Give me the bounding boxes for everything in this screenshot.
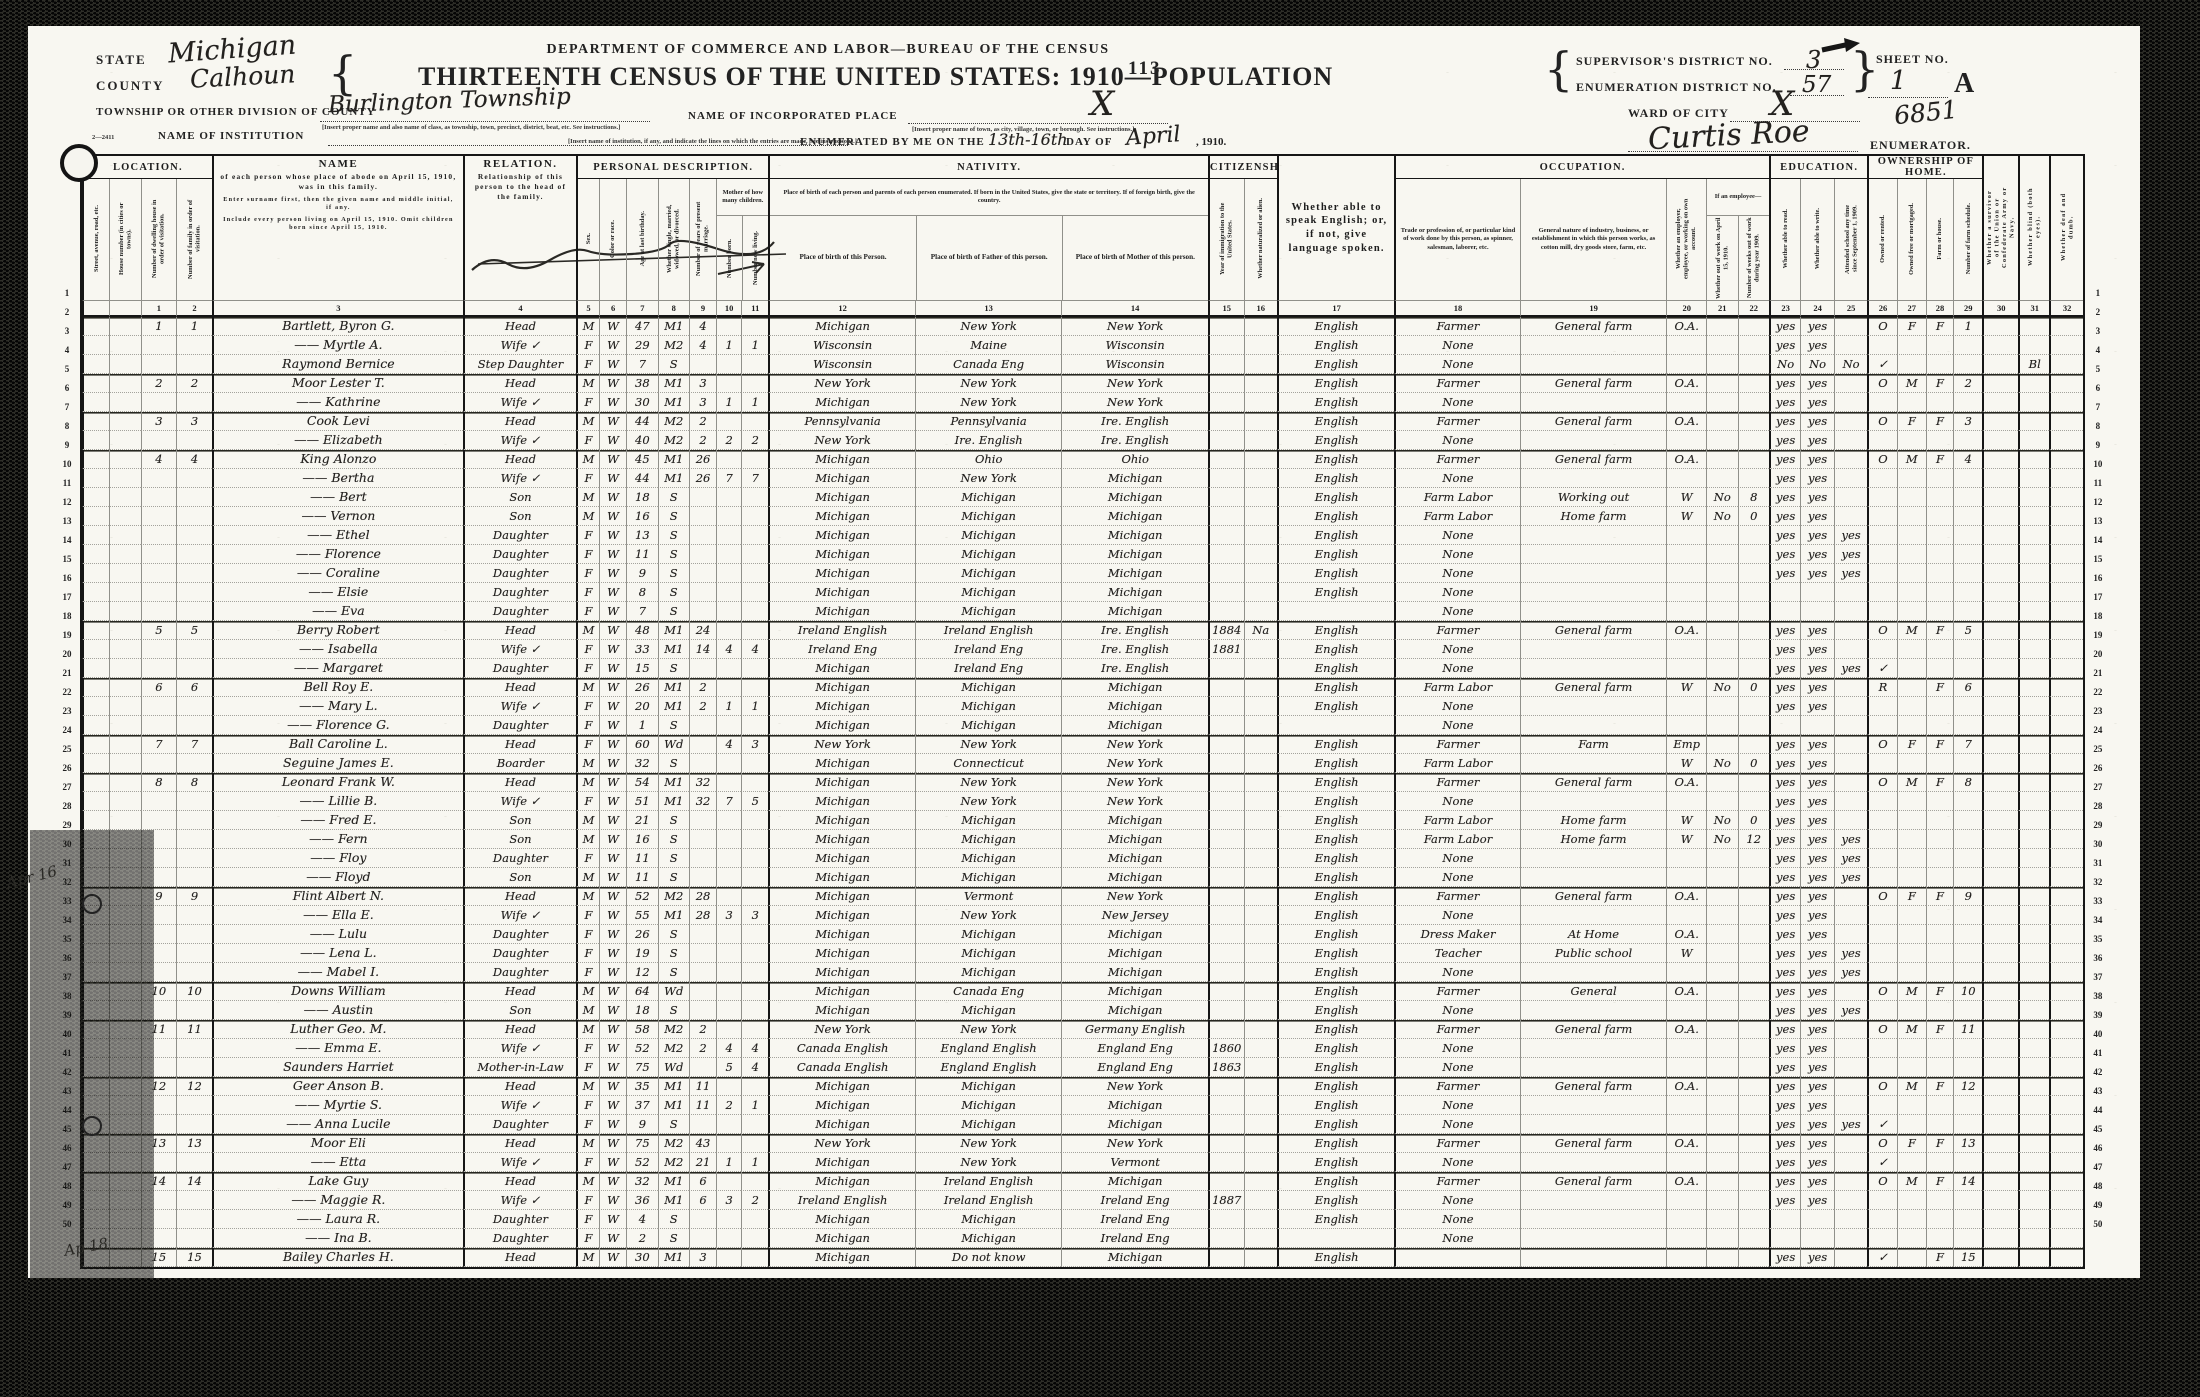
entry: M1 xyxy=(664,680,683,694)
entry: Michigan xyxy=(815,528,870,542)
entry: O.A. xyxy=(1675,452,1699,466)
table-row: —— ElizabethWife ✓FW40M2222New YorkIre. … xyxy=(82,431,2083,450)
cell: 11 xyxy=(626,545,657,564)
entry: O.A. xyxy=(1675,414,1699,428)
cell xyxy=(1208,1172,1244,1191)
cell: 8 xyxy=(141,773,177,792)
cell xyxy=(1982,602,2018,621)
cell: 21 xyxy=(689,1153,716,1172)
cell xyxy=(689,982,716,1001)
cell xyxy=(176,754,212,773)
entry: yes xyxy=(1776,395,1795,409)
cell xyxy=(1666,393,1706,412)
entry: O.A. xyxy=(1675,376,1699,390)
cell xyxy=(1953,545,1982,564)
entry: yes xyxy=(1841,965,1860,979)
cell: Michigan xyxy=(768,982,915,1001)
cell xyxy=(1208,488,1244,507)
cell: 35 xyxy=(626,1077,657,1096)
cell: New York xyxy=(915,374,1062,393)
entry: yes xyxy=(1776,547,1795,561)
cell xyxy=(716,583,741,602)
cell xyxy=(716,868,741,887)
column-number xyxy=(82,301,109,317)
cell: yes xyxy=(1834,526,1868,545)
cell xyxy=(1953,488,1982,507)
entry: None xyxy=(1442,718,1473,732)
entry: yes xyxy=(1808,1117,1827,1131)
cell: Michigan xyxy=(1061,925,1208,944)
cell xyxy=(1244,355,1278,374)
cell: England Eng xyxy=(1061,1058,1208,1077)
cell: None xyxy=(1394,659,1520,678)
cell xyxy=(176,1039,212,1058)
entry: —— Fred E. xyxy=(300,812,376,827)
entry: F xyxy=(584,661,592,675)
entry: ✓ xyxy=(1878,661,1888,675)
cell xyxy=(2049,1210,2083,1229)
cell xyxy=(1738,982,1769,1001)
nativity-block: Place of birth of each person and parent… xyxy=(770,179,1208,300)
cell: English xyxy=(1277,811,1394,830)
cell xyxy=(1953,1229,1982,1248)
line-number: 44 xyxy=(54,1101,80,1120)
cell xyxy=(1953,716,1982,735)
cell xyxy=(82,773,109,792)
sheet-value: 1 xyxy=(1890,66,1907,96)
cell: None xyxy=(1394,602,1520,621)
cell: Michigan xyxy=(915,1210,1062,1229)
entry: Michigan xyxy=(1108,585,1163,599)
cell xyxy=(2018,1153,2049,1172)
cell xyxy=(1834,469,1868,488)
cell: 5 xyxy=(176,621,212,640)
line-number: 6 xyxy=(54,379,80,398)
cell: 36 xyxy=(626,1191,657,1210)
cell: 30 xyxy=(626,393,657,412)
entry: O xyxy=(1878,775,1887,789)
cell xyxy=(1926,393,1953,412)
entry: 9 xyxy=(639,1117,646,1131)
cell: Ohio xyxy=(915,450,1062,469)
cell: W xyxy=(599,944,626,963)
cell: English xyxy=(1277,868,1394,887)
cell: New York xyxy=(768,1134,915,1153)
cell: Ire. English xyxy=(1061,431,1208,450)
cell xyxy=(1244,1248,1278,1267)
cell: yes xyxy=(1800,1115,1834,1134)
cell xyxy=(82,640,109,659)
cell: English xyxy=(1277,336,1394,355)
entry: 21 xyxy=(696,1155,711,1169)
entry: Farmer xyxy=(1437,623,1480,637)
cell: 54 xyxy=(626,773,657,792)
cell xyxy=(82,1096,109,1115)
cell: 2 xyxy=(626,1229,657,1248)
entry: 1 xyxy=(726,699,733,713)
cell xyxy=(1897,678,1926,697)
entry: 3 xyxy=(699,1250,706,1264)
entry: Wife ✓ xyxy=(501,1193,541,1207)
cell: Wife ✓ xyxy=(463,1153,576,1172)
entry: F xyxy=(584,395,592,409)
entry: Son xyxy=(509,870,531,884)
cell xyxy=(1706,431,1737,450)
cell: 0 xyxy=(1738,754,1769,773)
entry: S xyxy=(670,604,678,618)
cell xyxy=(1706,925,1737,944)
entry: None xyxy=(1442,338,1473,352)
cell xyxy=(2049,640,2083,659)
entry: 4 xyxy=(752,1060,759,1074)
cell: Michigan xyxy=(768,716,915,735)
cell: Michigan xyxy=(1061,526,1208,545)
cell: —— Coraline xyxy=(212,564,463,583)
cell xyxy=(1208,906,1244,925)
entry: Vermont xyxy=(964,889,1013,903)
column-number: 7 xyxy=(626,301,657,317)
entry: —— Floy xyxy=(310,850,366,865)
line-number: 2 xyxy=(2085,303,2111,322)
cell: Daughter xyxy=(463,1115,576,1134)
cell: yes xyxy=(1769,640,1800,659)
cell xyxy=(1738,1172,1769,1191)
cell xyxy=(2049,1058,2083,1077)
cell xyxy=(1926,944,1953,963)
cell: Michigan xyxy=(915,1115,1062,1134)
cell xyxy=(1738,336,1769,355)
cell xyxy=(1244,697,1278,716)
cell xyxy=(1244,507,1278,526)
cell: yes xyxy=(1800,659,1834,678)
cell xyxy=(141,488,177,507)
entry: Ire. English xyxy=(955,433,1023,447)
cell: W xyxy=(599,925,626,944)
cell xyxy=(1706,1172,1737,1191)
entry: 4 xyxy=(752,642,759,656)
cell xyxy=(141,1153,177,1172)
entry: English xyxy=(1315,908,1359,922)
cell xyxy=(689,868,716,887)
cell xyxy=(1897,564,1926,583)
census-sheet: STATE Michigan COUNTY Calhoun { TOWNSHIP… xyxy=(28,26,2140,1278)
cell: 0 xyxy=(1738,811,1769,830)
col-birthplace-0: Place of birth of this Person. xyxy=(770,216,915,300)
cell xyxy=(1834,393,1868,412)
cell xyxy=(1208,469,1244,488)
cell: W xyxy=(599,507,626,526)
entry: —— Elizabeth xyxy=(294,432,383,447)
entry: yes xyxy=(1776,699,1795,713)
cell: yes xyxy=(1769,754,1800,773)
cell: W xyxy=(599,1058,626,1077)
entry: W xyxy=(607,1212,619,1226)
cell: —— Laura R. xyxy=(212,1210,463,1229)
cell xyxy=(176,925,212,944)
entry: General xyxy=(1570,984,1616,998)
cell: No xyxy=(1706,830,1737,849)
cell: English xyxy=(1277,754,1394,773)
cell: Bailey Charles H. xyxy=(212,1248,463,1267)
line-number: 31 xyxy=(2085,854,2111,873)
group-ownership: OWNERSHIP OF HOME. xyxy=(1867,156,1982,179)
cell: F xyxy=(1926,1077,1953,1096)
cell xyxy=(1208,773,1244,792)
line-number: 40 xyxy=(54,1025,80,1044)
entry: 11 xyxy=(696,1079,711,1093)
cell xyxy=(109,944,140,963)
cell xyxy=(1244,469,1278,488)
line-number: 25 xyxy=(54,740,80,759)
cell: Wife ✓ xyxy=(463,1191,576,1210)
entry: M xyxy=(1906,775,1918,789)
cell xyxy=(1926,792,1953,811)
cell xyxy=(2049,697,2083,716)
cell xyxy=(1244,526,1278,545)
entry: Farmer xyxy=(1437,1022,1480,1036)
cell xyxy=(1208,507,1244,526)
col-employee-0: Whether out of work on April 15, 1910. xyxy=(1707,216,1737,300)
column-label: Year of immigration to the United States… xyxy=(1219,197,1234,281)
entry: 3 xyxy=(752,908,759,922)
entry: —— Eva xyxy=(312,603,365,618)
cell xyxy=(141,469,177,488)
line-number: 1 xyxy=(2085,284,2111,303)
entry: M xyxy=(583,984,595,998)
cell: English xyxy=(1277,355,1394,374)
entry: Wife ✓ xyxy=(501,1041,541,1055)
entry: —— Laura R. xyxy=(297,1211,381,1226)
entry: English xyxy=(1315,528,1359,542)
cell xyxy=(1244,1001,1278,1020)
entry: Home farm xyxy=(1561,813,1627,827)
cell: Michigan xyxy=(915,830,1062,849)
entry: Michigan xyxy=(815,471,870,485)
entry: 1 xyxy=(639,718,646,732)
entry: F xyxy=(584,927,592,941)
cell: No xyxy=(1706,507,1737,526)
cell xyxy=(1982,336,2018,355)
cell: ✓ xyxy=(1867,355,1896,374)
entry: yes xyxy=(1776,1060,1795,1074)
cell: S xyxy=(658,849,689,868)
cell xyxy=(109,431,140,450)
cell: 7 xyxy=(716,792,741,811)
entry: yes xyxy=(1808,908,1827,922)
entry: O.A. xyxy=(1675,889,1699,903)
cell: 3 xyxy=(689,1248,716,1267)
line-number: 31 xyxy=(54,854,80,873)
entry: Farm Labor xyxy=(1424,680,1492,694)
cell xyxy=(141,659,177,678)
cell xyxy=(1666,336,1706,355)
table-row: Saunders HarrietMother-in-LawFW75Wd54Can… xyxy=(82,1058,2083,1077)
cell xyxy=(1982,925,2018,944)
cell xyxy=(176,868,212,887)
entry: O.A. xyxy=(1675,1079,1699,1093)
entry: W xyxy=(607,946,619,960)
cell: Michigan xyxy=(1061,963,1208,982)
entry: Ireland Eng xyxy=(954,661,1023,675)
table-row: —— FloyDaughterFW11SMichiganMichiganMich… xyxy=(82,849,2083,868)
cell xyxy=(1953,640,1982,659)
cell: yes xyxy=(1769,393,1800,412)
entry: Michigan xyxy=(815,984,870,998)
line-number: 13 xyxy=(54,512,80,531)
cell xyxy=(1520,1229,1667,1248)
cell: General farm xyxy=(1520,887,1667,906)
enumerated-label: ENUMERATED BY ME ON THE xyxy=(800,136,985,148)
entry: M1 xyxy=(664,775,683,789)
cell: 52 xyxy=(626,1039,657,1058)
cell: English xyxy=(1277,944,1394,963)
entry: M2 xyxy=(664,1155,683,1169)
cell: 2 xyxy=(689,412,716,431)
entry: W xyxy=(607,813,619,827)
entry: F xyxy=(584,585,592,599)
cell xyxy=(1834,811,1868,830)
cell xyxy=(2018,754,2049,773)
cell xyxy=(2018,1020,2049,1039)
entry: Daughter xyxy=(493,661,548,675)
entry: No xyxy=(1714,756,1731,770)
scan-noise-bottom xyxy=(0,1278,2200,1397)
table-row: 1414Lake GuyHeadMW32M16MichiganIreland E… xyxy=(82,1172,2083,1191)
cell: M1 xyxy=(658,1096,689,1115)
entry: S xyxy=(670,870,678,884)
entry: 14 xyxy=(152,1174,167,1188)
entry: F xyxy=(584,547,592,561)
cell xyxy=(1867,963,1896,982)
entry: Head xyxy=(505,889,536,903)
entry: Luther Geo. M. xyxy=(290,1021,386,1036)
cell xyxy=(1244,830,1278,849)
cell: yes xyxy=(1769,450,1800,469)
line-number: 14 xyxy=(2085,531,2111,550)
cell: Michigan xyxy=(915,526,1062,545)
cell xyxy=(1982,1210,2018,1229)
header-group-row: LOCATION.NAMEof each person whose place … xyxy=(82,156,2083,179)
entry: yes xyxy=(1808,547,1827,561)
cell xyxy=(1982,640,2018,659)
supervisor-value: 3 xyxy=(1806,46,1821,74)
cell: New York xyxy=(768,1020,915,1039)
entry: yes xyxy=(1841,528,1860,542)
entry: England English xyxy=(941,1041,1037,1055)
cell xyxy=(716,811,741,830)
entry: yes xyxy=(1776,832,1795,846)
entry: S xyxy=(670,813,678,827)
cell: New York xyxy=(915,735,1062,754)
cell xyxy=(1926,716,1953,735)
cell: F xyxy=(576,1191,599,1210)
cell: Saunders Harriet xyxy=(212,1058,463,1077)
entry: Leonard Frank W. xyxy=(282,774,395,789)
cell xyxy=(2049,564,2083,583)
entry: yes xyxy=(1808,623,1827,637)
cell: Michigan xyxy=(768,1210,915,1229)
cell xyxy=(1897,469,1926,488)
entry: Michigan xyxy=(1108,604,1163,618)
cell: 10 xyxy=(1953,982,1982,1001)
entry: —— Florence G. xyxy=(287,717,389,732)
cell xyxy=(1926,1153,1953,1172)
cell: 11 xyxy=(689,1096,716,1115)
cell xyxy=(176,963,212,982)
cell xyxy=(109,1096,140,1115)
entry: F xyxy=(1936,414,1944,428)
table-row: 1515Bailey Charles H.HeadMW30M13Michigan… xyxy=(82,1248,2083,1267)
cell: General farm xyxy=(1520,1020,1667,1039)
entry: yes xyxy=(1808,490,1827,504)
cell xyxy=(1520,1191,1667,1210)
cell: 37 xyxy=(626,1096,657,1115)
cell: M xyxy=(576,507,599,526)
cell: English xyxy=(1277,735,1394,754)
cell: General farm xyxy=(1520,621,1667,640)
cell: —— Ethel xyxy=(212,526,463,545)
line-number: 27 xyxy=(2085,778,2111,797)
cell: None xyxy=(1394,526,1520,545)
cell: yes xyxy=(1800,887,1834,906)
entry: Raymond Bernice xyxy=(282,356,395,371)
cell: M1 xyxy=(658,1077,689,1096)
cell: Michigan xyxy=(768,1229,915,1248)
cell: yes xyxy=(1769,545,1800,564)
line-number: 4 xyxy=(54,341,80,360)
entry: ✓ xyxy=(1878,1117,1888,1131)
column-header-write: Whether able to write. xyxy=(1800,179,1834,301)
cell: M xyxy=(576,1134,599,1153)
entry: 14 xyxy=(1961,1174,1976,1188)
cell: Michigan xyxy=(768,754,915,773)
cell: English xyxy=(1277,1191,1394,1210)
cell xyxy=(2018,678,2049,697)
cell: W xyxy=(599,1153,626,1172)
cell xyxy=(1706,659,1737,678)
cell: yes xyxy=(1769,1248,1800,1267)
entry: W xyxy=(607,1193,619,1207)
cell xyxy=(741,963,768,982)
cell xyxy=(741,887,768,906)
cell xyxy=(1706,545,1737,564)
cell: 58 xyxy=(626,1020,657,1039)
cell: Michigan xyxy=(768,811,915,830)
entry: 2 xyxy=(699,433,706,447)
cell: Wife ✓ xyxy=(463,792,576,811)
cell: 11 xyxy=(1953,1020,1982,1039)
entry: New York xyxy=(1107,756,1163,770)
cell xyxy=(1926,697,1953,716)
column-header-employer: Whether an employer, employee, or workin… xyxy=(1666,179,1706,301)
line-number: 35 xyxy=(54,930,80,949)
cell: Wisconsin xyxy=(1061,355,1208,374)
cell xyxy=(1738,1077,1769,1096)
cell: F xyxy=(576,716,599,735)
cell: 6 xyxy=(141,678,177,697)
cell xyxy=(741,526,768,545)
cell: 2 xyxy=(689,1039,716,1058)
cell xyxy=(1953,1153,1982,1172)
cell: General farm xyxy=(1520,450,1667,469)
cell: Daughter xyxy=(463,602,576,621)
cell: None xyxy=(1394,697,1520,716)
entry: F xyxy=(1936,737,1944,751)
entry: Michigan xyxy=(815,946,870,960)
cell: F xyxy=(576,431,599,450)
cell: English xyxy=(1277,906,1394,925)
relation-desc: Relationship of this person to the head … xyxy=(465,170,576,204)
